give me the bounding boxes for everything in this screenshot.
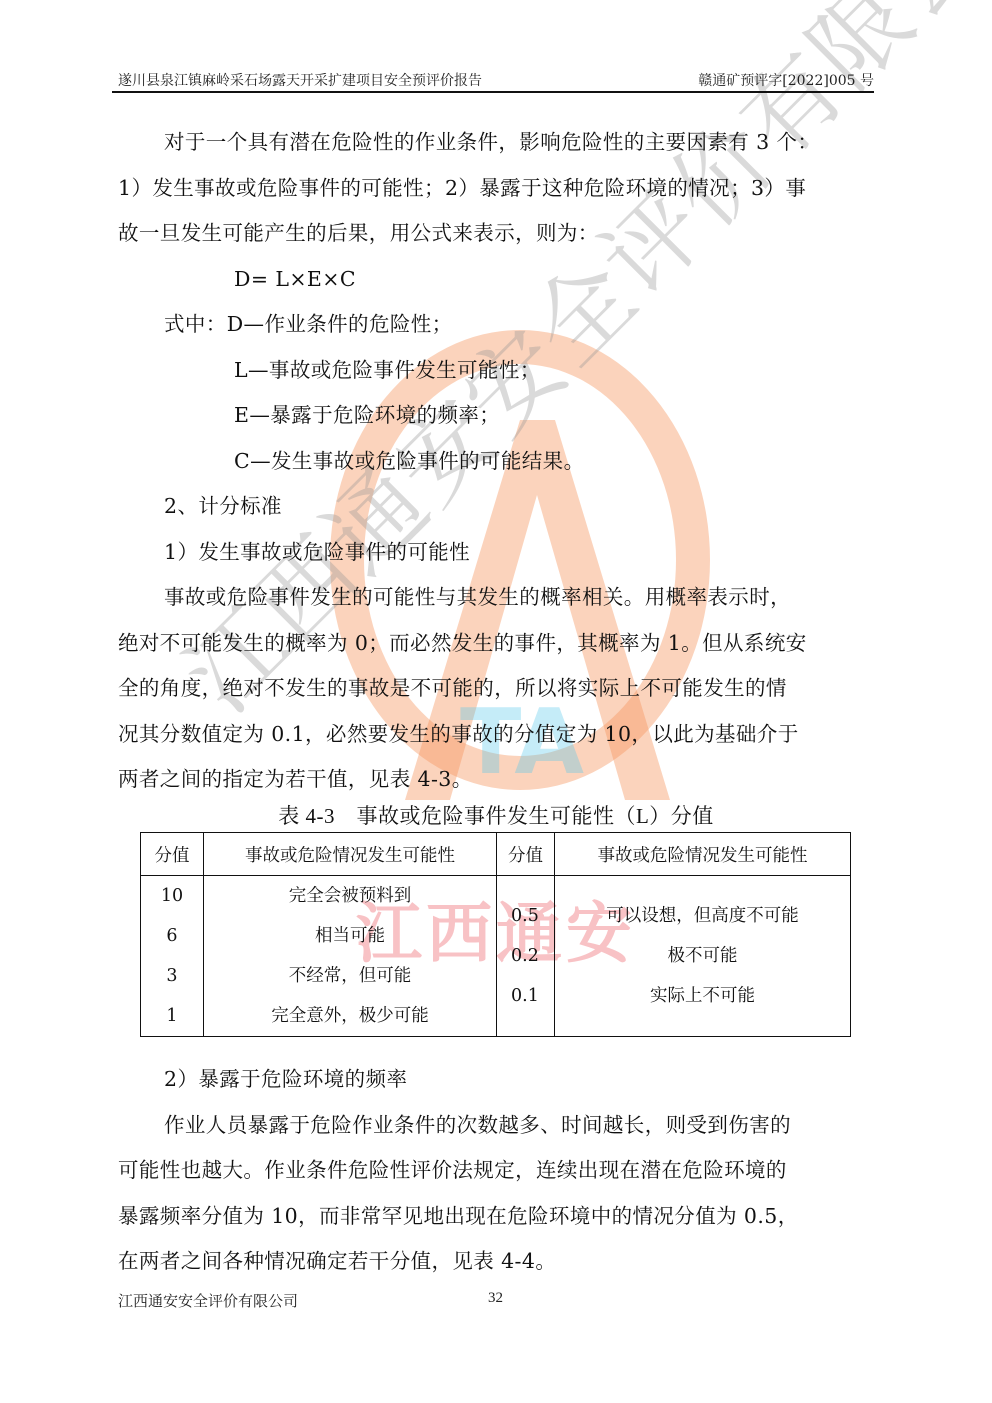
text-line: 绝对不可能发生的概率为 0；而必然发生的事件，其概率为 1。但从系统安	[118, 621, 874, 667]
likelihood-description: 可以设想，但高度不可能	[555, 896, 850, 936]
table-header-row: 分值 事故或危险情况发生可能性 分值 事故或危险情况发生可能性	[141, 833, 851, 876]
likelihood-description: 极不可能	[555, 936, 850, 976]
intro-paragraph: 对于一个具有潜在危险性的作业条件，影响危险性的主要因素有 3 个： 1）发生事故…	[118, 120, 874, 803]
left-scores-cell: 10 6 3 1	[141, 876, 204, 1037]
likelihood-description: 完全会被预料到	[204, 876, 496, 916]
score-value: 6	[141, 916, 203, 956]
right-descriptions-cell: 可以设想，但高度不可能 极不可能 实际上不可能	[555, 876, 851, 1037]
score-value: 0.5	[511, 896, 554, 936]
text-line: 1）发生事故或危险事件的可能性；2）暴露于这种危险环境的情况；3）事	[118, 166, 874, 212]
text-line: 事故或危险事件发生的可能性与其发生的概率相关。用概率表示时，	[118, 575, 874, 621]
text-line: 作业人员暴露于危险作业条件的次数越多、时间越长，则受到伤害的	[118, 1103, 874, 1149]
sub-heading-likelihood: 1）发生事故或危险事件的可能性	[118, 530, 874, 576]
page-number: 32	[488, 1290, 503, 1307]
page-header: 遂川县泉江镇麻岭采石场露天开采扩建项目安全预评价报告 赣通矿预评字[2022]0…	[118, 70, 874, 92]
score-value: 10	[141, 876, 203, 916]
likelihood-score-table: 分值 事故或危险情况发生可能性 分值 事故或危险情况发生可能性 10 6 3 1	[140, 832, 851, 1037]
likelihood-description: 完全意外，极少可能	[204, 996, 496, 1036]
text-line: 暴露频率分值为 10，而非常罕见地出现在危险环境中的情况分值为 0.5，	[118, 1194, 874, 1240]
text-line: 故一旦发生可能产生的后果，用公式来表示，则为：	[118, 211, 874, 257]
text-line: 对于一个具有潜在危险性的作业条件，影响危险性的主要因素有 3 个：	[118, 120, 874, 166]
left-descriptions-cell: 完全会被预料到 相当可能 不经常，但可能 完全意外，极少可能	[204, 876, 497, 1037]
text-line: 全的角度，绝对不发生的事故是不可能的，所以将实际上不可能发生的情	[118, 666, 874, 712]
header-desc-1: 事故或危险情况发生可能性	[204, 833, 497, 876]
text-line: 况其分数值定为 0.1，必然要发生的事故的分值定为 10，以此为基础介于	[118, 712, 874, 758]
score-value: 1	[141, 996, 203, 1036]
report-title: 遂川县泉江镇麻岭采石场露天开采扩建项目安全预评价报告	[118, 70, 482, 90]
header-score-2: 分值	[497, 833, 555, 876]
formula: D= L×E×C	[118, 257, 874, 303]
header-divider	[112, 91, 874, 93]
header-desc-2: 事故或危险情况发生可能性	[555, 833, 851, 876]
definition-line: 式中：D—作业条件的危险性；	[118, 302, 874, 348]
company-name: 江西通安安全评价有限公司	[118, 1292, 298, 1310]
exposure-section: 2）暴露于危险环境的频率 作业人员暴露于危险作业条件的次数越多、时间越长，则受到…	[118, 1057, 874, 1285]
likelihood-description: 不经常，但可能	[204, 956, 496, 996]
likelihood-description: 相当可能	[204, 916, 496, 956]
document-page: 遂川县泉江镇麻岭采石场露天开采扩建项目安全预评价报告 赣通矿预评字[2022]0…	[0, 0, 992, 1403]
table-caption: 表 4-3 事故或危险事件发生可能性（L）分值	[0, 800, 992, 830]
right-scores-cell: 0.5 0.2 0.1	[497, 876, 555, 1037]
score-value: 0.2	[511, 936, 554, 976]
sub-heading-exposure: 2）暴露于危险环境的频率	[118, 1057, 874, 1103]
section-heading: 2、计分标准	[118, 484, 874, 530]
definition-e: E—暴露于危险环境的频率；	[118, 393, 874, 439]
where-label: 式中：	[164, 312, 227, 336]
score-value: 3	[141, 956, 203, 996]
table-row: 10 6 3 1 完全会被预料到 相当可能 不经常，但可能 完全意外，极少可能	[141, 876, 851, 1037]
header-score-1: 分值	[141, 833, 204, 876]
document-number: 赣通矿预评字[2022]005 号	[698, 70, 874, 90]
definition-d: D—作业条件的危险性；	[227, 312, 453, 336]
score-value: 0.1	[511, 976, 554, 1016]
page-footer: 江西通安安全评价有限公司 32	[118, 1290, 874, 1311]
text-line: 两者之间的指定为若干值，见表 4-3。	[118, 757, 874, 803]
text-line: 可能性也越大。作业条件危险性评价法规定，连续出现在潜在危险环境的	[118, 1148, 874, 1194]
definition-l: L—事故或危险事件发生可能性；	[118, 348, 874, 394]
likelihood-description: 实际上不可能	[555, 976, 850, 1016]
text-line: 在两者之间各种情况确定若干分值，见表 4-4。	[118, 1239, 874, 1285]
definition-c: C—发生事故或危险事件的可能结果。	[118, 439, 874, 485]
